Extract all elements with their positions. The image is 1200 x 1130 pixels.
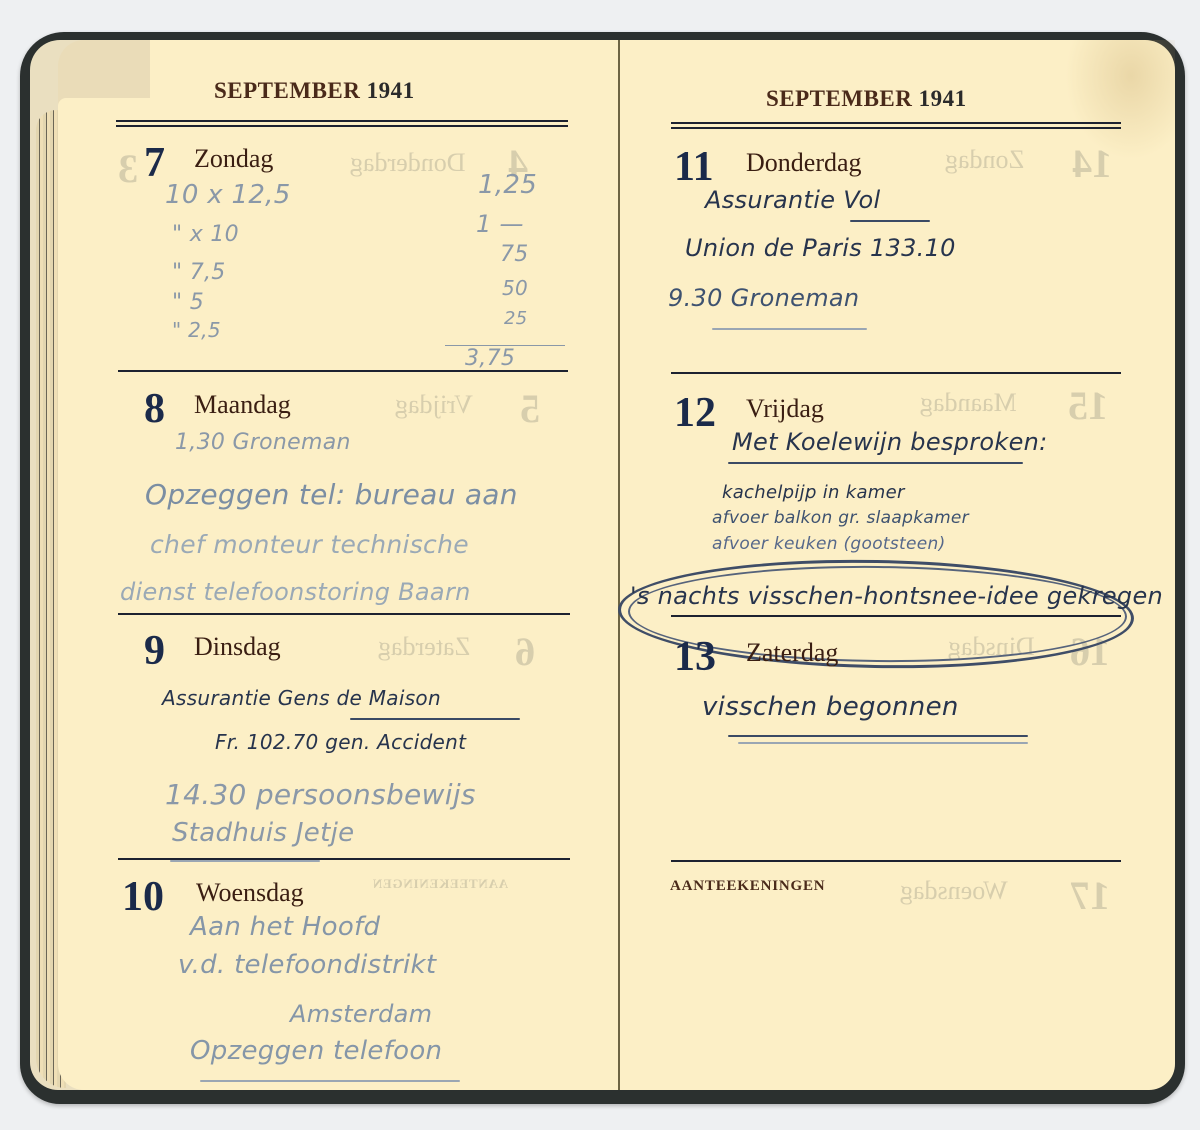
day-name: Zaterdag xyxy=(746,638,838,668)
day-divider xyxy=(118,613,570,615)
note-underline xyxy=(728,462,1023,464)
header-double-rule xyxy=(116,120,568,127)
note-line: Assurantie Gens de Maison xyxy=(162,686,441,710)
note-line: afvoer balkon gr. slaapkamer xyxy=(712,508,969,528)
note-underline xyxy=(712,328,867,330)
note-line: visschen begonnen xyxy=(702,692,959,722)
note-line: kachelpijp in kamer xyxy=(722,482,905,503)
header-month: SEPTEMBER xyxy=(214,78,360,103)
ghost-day-number: 17 xyxy=(1070,872,1110,919)
calc-line: " 2,5 xyxy=(172,318,221,342)
calc-value: 75 xyxy=(500,242,529,267)
calc-value: 1,25 xyxy=(478,170,537,200)
day-number: 13 xyxy=(674,636,716,678)
day-number: 12 xyxy=(674,392,716,434)
ghost-day-number: 6 xyxy=(515,628,535,675)
calc-line: 10 x 12,5 xyxy=(165,180,291,210)
note-underline xyxy=(350,718,520,720)
header-month: SEPTEMBER xyxy=(766,86,912,111)
ghost-day-number: 15 xyxy=(1068,382,1108,429)
note-line: 9.30 Groneman xyxy=(668,284,859,312)
note-line: Assurantie Vol xyxy=(705,186,880,214)
calc-value: 25 xyxy=(504,308,528,329)
day-name: Zondag xyxy=(194,144,273,174)
ghost-day-name: Maandag xyxy=(920,388,1017,418)
calc-line: " 7,5 xyxy=(172,260,226,285)
note-line: dienst telefoonstoring Baarn xyxy=(120,578,471,606)
note-underline xyxy=(728,735,1028,737)
ghost-day-number: 14 xyxy=(1072,140,1112,187)
note-line: 1,30 Groneman xyxy=(175,430,351,455)
note-line: Opzeggen tel: bureau aan xyxy=(145,478,518,511)
note-underline xyxy=(738,742,1028,744)
ghost-day-name: Zaterdag xyxy=(378,632,470,662)
day-name: Maandag xyxy=(194,390,291,420)
header-year: 1941 xyxy=(919,86,967,111)
circled-note: 's nachts visschen-hontsnee-idee gekrege… xyxy=(630,582,1163,610)
ghost-day-name: Zondag xyxy=(945,145,1024,175)
note-line: v.d. telefoondistrikt xyxy=(178,950,436,980)
note-underline xyxy=(170,860,320,862)
note-line: afvoer keuken (gootsteen) xyxy=(712,534,946,554)
day-number: 10 xyxy=(122,876,164,918)
ghost-notes-label: AANTEEKENINGEN xyxy=(372,876,508,892)
note-line: Aan het Hoofd xyxy=(190,912,380,942)
day-name: Donderdag xyxy=(746,148,862,178)
note-line: Opzeggen telefoon xyxy=(190,1036,442,1066)
note-line: Fr. 102.70 gen. Accident xyxy=(215,730,466,754)
ghost-day-number: 5 xyxy=(520,385,540,432)
left-page-header: SEPTEMBER 1941 xyxy=(214,78,415,104)
note-line: chef monteur technische xyxy=(150,530,469,559)
ghost-day-name: Woensdag xyxy=(900,876,1008,906)
right-page-header: SEPTEMBER 1941 xyxy=(766,86,967,112)
calc-value: 1 — xyxy=(476,210,524,238)
day-number: 11 xyxy=(674,146,714,188)
note-underline xyxy=(200,1080,460,1082)
calc-value: 50 xyxy=(502,276,528,300)
day-divider xyxy=(118,858,570,860)
ghost-day-number: 3 xyxy=(118,145,138,192)
day-number: 8 xyxy=(144,388,165,430)
calc-total: 3,75 xyxy=(465,346,515,371)
day-number: 9 xyxy=(144,630,165,672)
note-line: Stadhuis Jetje xyxy=(172,818,354,848)
note-line: Met Koelewijn besproken: xyxy=(732,428,1048,456)
notes-section-label: AANTEEKENINGEN xyxy=(670,878,825,895)
day-name: Woensdag xyxy=(196,878,304,908)
ghost-day-name: Vrijdag xyxy=(395,390,473,420)
ghost-day-name: Donderdag xyxy=(350,148,466,178)
day-name: Vrijdag xyxy=(746,394,824,424)
day-divider xyxy=(671,372,1121,374)
header-double-rule xyxy=(671,122,1121,129)
note-line: 14.30 persoonsbewijs xyxy=(165,778,476,811)
note-underline xyxy=(850,220,930,222)
header-year: 1941 xyxy=(367,78,415,103)
calc-line: " 5 xyxy=(172,290,204,315)
note-line: Union de Paris 133.10 xyxy=(685,234,956,262)
note-line: Amsterdam xyxy=(290,1000,432,1028)
day-name: Dinsdag xyxy=(194,632,281,662)
calc-line: " x 10 xyxy=(172,222,239,247)
notes-divider xyxy=(671,860,1121,862)
day-number: 7 xyxy=(144,142,165,184)
day-divider xyxy=(118,370,568,372)
